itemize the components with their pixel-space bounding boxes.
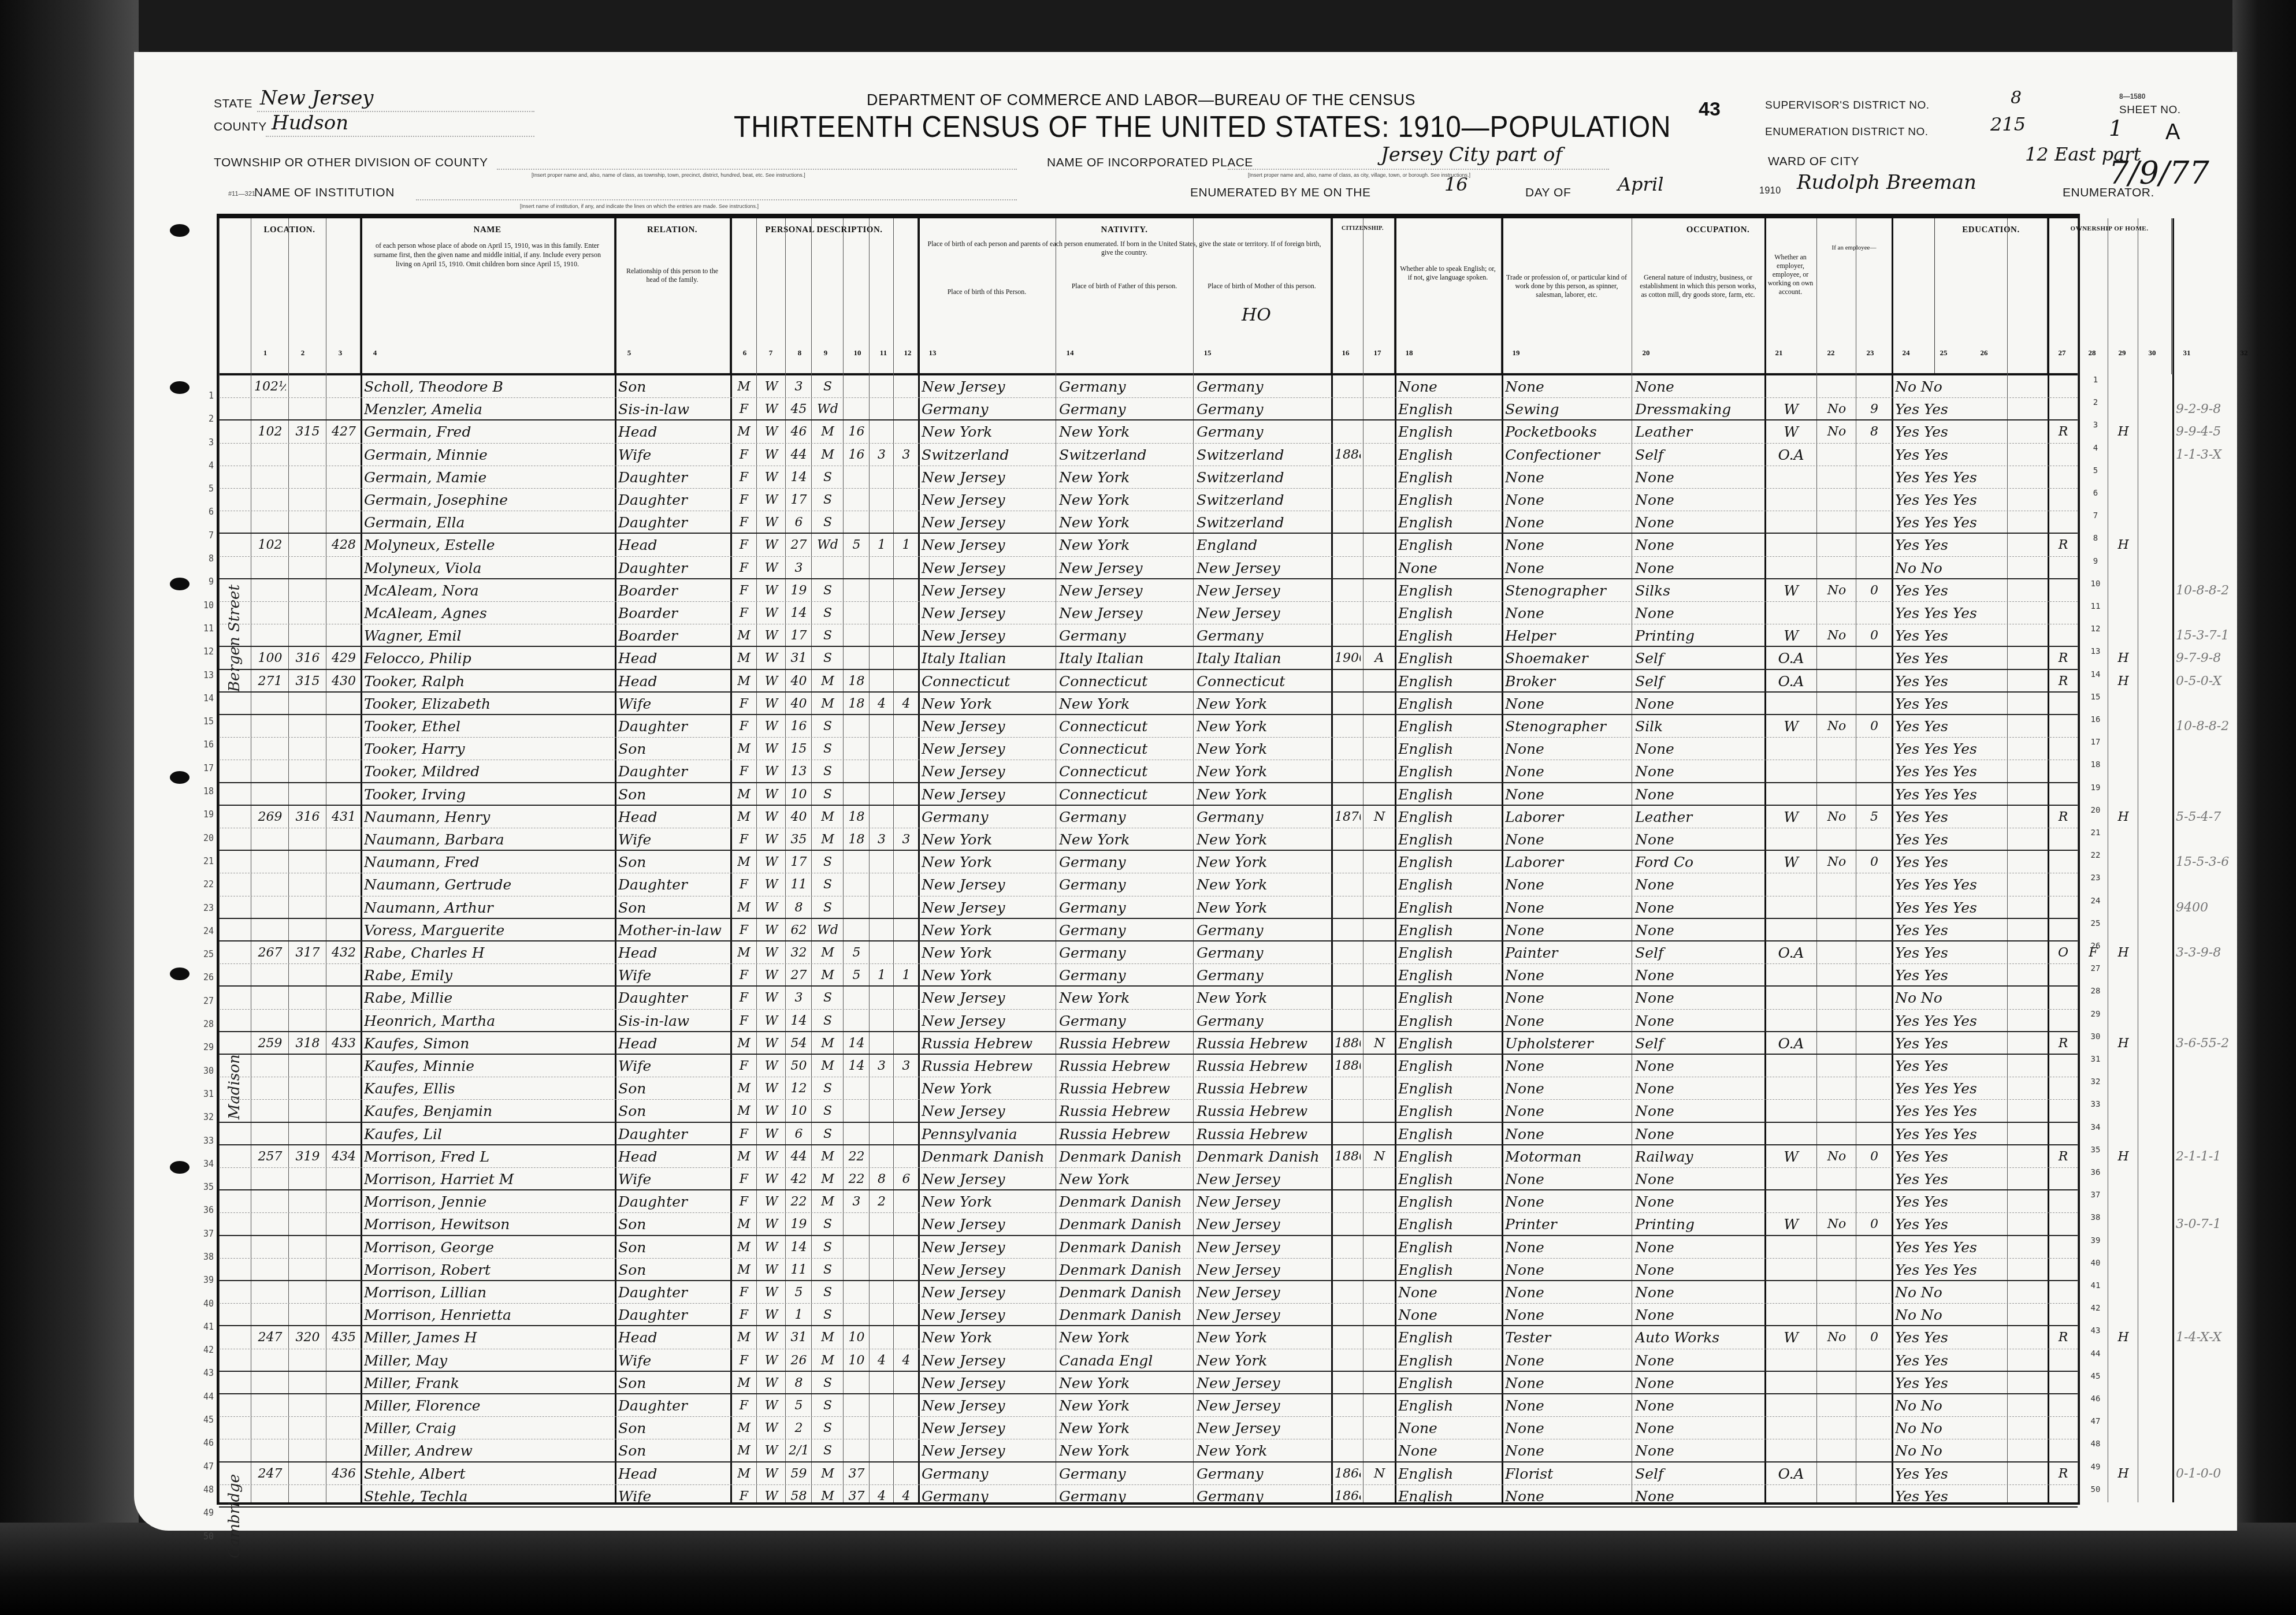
cell-house bbox=[254, 1305, 286, 1326]
cell-born bbox=[872, 1282, 891, 1303]
cell-marital: S bbox=[815, 603, 841, 624]
cell-lang: English bbox=[1398, 1350, 1499, 1371]
cell-age: 8 bbox=[789, 898, 809, 918]
cell-sched bbox=[2141, 535, 2170, 556]
cell-lang: English bbox=[1398, 1192, 1499, 1212]
cell-pob-f: Germany bbox=[1059, 965, 1191, 986]
cell-imm bbox=[1335, 1350, 1361, 1371]
cell-lang: English bbox=[1398, 580, 1499, 601]
cell-pob-f: New York bbox=[1059, 490, 1191, 511]
cell-owned bbox=[2051, 1124, 2075, 1145]
cell-name: Germain, Mamie bbox=[364, 467, 612, 488]
cell-trade: Pocketbooks bbox=[1505, 422, 1629, 442]
cell-dwelling bbox=[292, 1101, 324, 1122]
cell-wks bbox=[1859, 1464, 1889, 1484]
cell-pob: New York bbox=[922, 1078, 1053, 1099]
cell-pob-m: Germany bbox=[1197, 1011, 1329, 1032]
cell-dwelling bbox=[292, 694, 324, 715]
cell-living bbox=[897, 1260, 916, 1281]
cell-marital: S bbox=[815, 490, 841, 511]
cell-name: Felocco, Philip bbox=[364, 648, 612, 669]
table-row: Kaufes, BenjaminSonMW10SNew JerseyRussia… bbox=[219, 1100, 2078, 1122]
sheet-label: SHEET NO. bbox=[2119, 104, 2181, 117]
cell-dwelling: 316 bbox=[292, 807, 324, 828]
cell-oow bbox=[1820, 761, 1853, 782]
cell-pob: New Jersey bbox=[922, 1260, 1053, 1281]
cell-owned bbox=[2051, 603, 2075, 624]
cell-house bbox=[254, 399, 286, 420]
cell-imm bbox=[1335, 1418, 1361, 1439]
column-number: 9 bbox=[811, 348, 840, 358]
cell-pob-m: New York bbox=[1197, 694, 1329, 715]
cell-farm bbox=[2111, 716, 2135, 737]
cell-owned: R bbox=[2051, 1327, 2075, 1348]
cell-age: 2 bbox=[789, 1418, 809, 1439]
cell-born bbox=[872, 1011, 891, 1032]
line-number: 16 bbox=[2087, 715, 2104, 724]
cell-dwelling bbox=[292, 716, 324, 737]
column-rule bbox=[2172, 218, 2174, 1502]
cell-relation: Sis-in-law bbox=[618, 1011, 728, 1032]
cell-pob-m: New Jersey bbox=[1197, 1373, 1329, 1394]
cell-nat bbox=[1366, 943, 1392, 963]
cell-read-write: Yes Yes bbox=[1895, 920, 2005, 941]
cell-age: 17 bbox=[789, 626, 809, 646]
cell-age: 15 bbox=[789, 739, 809, 760]
cell-owned bbox=[2051, 965, 2075, 986]
cell-yrs: 18 bbox=[846, 807, 867, 828]
cell-emp bbox=[1768, 1237, 1814, 1258]
cell-sex: F bbox=[734, 467, 754, 488]
cell-emp bbox=[1768, 965, 1814, 986]
cell-name: Naumann, Fred bbox=[364, 852, 612, 873]
column-number: 5 bbox=[615, 348, 644, 358]
cell-pob: New Jersey bbox=[922, 490, 1053, 511]
cell-relation: Wife bbox=[618, 1169, 728, 1190]
cell-industry: None bbox=[1635, 1486, 1762, 1507]
cell-owned bbox=[2051, 852, 2075, 873]
cell-industry: None bbox=[1635, 377, 1762, 397]
line-number: 25 bbox=[2087, 919, 2104, 928]
cell-oow bbox=[1820, 1056, 1853, 1077]
cell-farm: H bbox=[2111, 671, 2135, 692]
cell-nat bbox=[1366, 1373, 1392, 1394]
cell-relation: Mother-in-law bbox=[618, 920, 728, 941]
cell-family bbox=[329, 988, 358, 1009]
line-number: 10 bbox=[2087, 579, 2104, 589]
cell-nat bbox=[1366, 1056, 1392, 1077]
cell-nat bbox=[1366, 739, 1392, 760]
cell-living: 3 bbox=[897, 1056, 916, 1077]
cell-sched bbox=[2141, 1350, 2170, 1371]
cell-house bbox=[254, 739, 286, 760]
cell-emp bbox=[1768, 829, 1814, 850]
cell-wks bbox=[1859, 1260, 1889, 1281]
cell-wks: 8 bbox=[1859, 422, 1889, 442]
cell-sex: F bbox=[734, 1486, 754, 1507]
cell-nat bbox=[1366, 694, 1392, 715]
cell-race: W bbox=[760, 422, 783, 442]
cell-house: 102 bbox=[254, 535, 286, 556]
cell-pob-f: New York bbox=[1059, 512, 1191, 533]
cell-imm bbox=[1335, 943, 1361, 963]
cell-farm bbox=[2111, 1078, 2135, 1099]
cell-owned bbox=[2051, 829, 2075, 850]
cell-trade: Motorman bbox=[1505, 1147, 1629, 1167]
table-row: Miller, CraigSonMW2SNew JerseyNew YorkNe… bbox=[219, 1417, 2078, 1439]
line-number: 18 bbox=[2087, 760, 2104, 769]
cell-emp bbox=[1768, 1350, 1814, 1371]
cell-house bbox=[254, 1078, 286, 1099]
cell-yrs bbox=[846, 1124, 867, 1145]
cell-farm bbox=[2111, 558, 2135, 579]
cell-codes: 5-5-4-7 bbox=[2176, 807, 2294, 828]
cell-sex: F bbox=[734, 580, 754, 601]
table-row: Kaufes, EllisSonMW12SNew YorkRussia Hebr… bbox=[219, 1077, 2078, 1100]
cell-age: 44 bbox=[789, 445, 809, 466]
cell-pob-m: Russia Hebrew bbox=[1197, 1056, 1329, 1077]
census-title: THIRTEENTH CENSUS OF THE UNITED STATES: … bbox=[734, 110, 1671, 144]
column-rule bbox=[2108, 218, 2108, 1502]
cell-oow bbox=[1820, 1350, 1853, 1371]
cell-race: W bbox=[760, 694, 783, 715]
cell-owned bbox=[2051, 739, 2075, 760]
cell-imm bbox=[1335, 1260, 1361, 1281]
cell-nat bbox=[1366, 1260, 1392, 1281]
cell-pob-m: Germany bbox=[1197, 422, 1329, 442]
cell-house bbox=[254, 1237, 286, 1258]
cell-living bbox=[897, 1418, 916, 1439]
cell-age: 50 bbox=[789, 1056, 809, 1077]
cell-lang: English bbox=[1398, 898, 1499, 918]
cell-marital: M bbox=[815, 694, 841, 715]
cell-born bbox=[872, 1396, 891, 1416]
cell-yrs: 5 bbox=[846, 965, 867, 986]
cell-nat bbox=[1366, 490, 1392, 511]
cell-oow bbox=[1820, 512, 1853, 533]
cell-codes bbox=[2176, 694, 2294, 715]
cell-yrs bbox=[846, 761, 867, 782]
cell-family bbox=[329, 1373, 358, 1394]
cell-yrs bbox=[846, 580, 867, 601]
cell-nat bbox=[1366, 761, 1392, 782]
cell-codes: 10-8-8-2 bbox=[2176, 580, 2294, 601]
cell-trade: None bbox=[1505, 1078, 1629, 1099]
cell-read-write: Yes Yes bbox=[1895, 1350, 2005, 1371]
cell-pob-m: New Jersey bbox=[1197, 1192, 1329, 1212]
cell-race: W bbox=[760, 399, 783, 420]
column-number: 13 bbox=[918, 348, 947, 358]
cell-relation: Son bbox=[618, 1101, 728, 1122]
table-row: Morrison, RobertSonMW11SNew JerseyDenmar… bbox=[219, 1259, 2078, 1281]
cell-marital: S bbox=[815, 1282, 841, 1303]
cell-born bbox=[872, 1327, 891, 1348]
cell-pob-m: Germany bbox=[1197, 1464, 1329, 1484]
cell-race: W bbox=[760, 1169, 783, 1190]
cell-wks bbox=[1859, 1373, 1889, 1394]
cell-relation: Head bbox=[618, 1327, 728, 1348]
cell-born: 1 bbox=[872, 535, 891, 556]
cell-dwelling bbox=[292, 535, 324, 556]
cell-family bbox=[329, 1486, 358, 1507]
cell-farm bbox=[2111, 580, 2135, 601]
census-table: LOCATION. NAME of each person whose plac… bbox=[217, 214, 2080, 1505]
cell-living bbox=[897, 1327, 916, 1348]
cell-name: Menzler, Amelia bbox=[364, 399, 612, 420]
cell-dwelling bbox=[292, 1418, 324, 1439]
line-number: 26 bbox=[2087, 942, 2104, 951]
cell-emp bbox=[1768, 875, 1814, 895]
cell-pob-f: New York bbox=[1059, 467, 1191, 488]
cell-emp: W bbox=[1768, 580, 1814, 601]
cell-wks bbox=[1859, 920, 1889, 941]
cell-living bbox=[897, 512, 916, 533]
cell-name: Miller, James H bbox=[364, 1327, 612, 1348]
cell-emp bbox=[1768, 1373, 1814, 1394]
cell-imm bbox=[1335, 761, 1361, 782]
cell-name: Morrison, Lillian bbox=[364, 1282, 612, 1303]
cell-yrs bbox=[846, 920, 867, 941]
cell-codes bbox=[2176, 920, 2294, 941]
cell-pob-m: New Jersey bbox=[1197, 558, 1329, 579]
cell-dwelling bbox=[292, 1282, 324, 1303]
cell-lang: English bbox=[1398, 490, 1499, 511]
cell-industry: None bbox=[1635, 1124, 1762, 1145]
place-instruction: [Insert proper name and, also, name of c… bbox=[1248, 172, 1470, 178]
cell-house bbox=[254, 512, 286, 533]
cell-family bbox=[329, 512, 358, 533]
cell-read-write: Yes Yes bbox=[1895, 943, 2005, 963]
cell-marital: S bbox=[815, 852, 841, 873]
cell-marital: S bbox=[815, 784, 841, 805]
cell-race: W bbox=[760, 1147, 783, 1167]
cell-wks bbox=[1859, 1441, 1889, 1461]
cell-marital: S bbox=[815, 626, 841, 646]
cell-name: Morrison, Fred L bbox=[364, 1147, 612, 1167]
line-number: 4 bbox=[2087, 444, 2104, 453]
cell-dwelling bbox=[292, 1192, 324, 1212]
cell-house bbox=[254, 1350, 286, 1371]
cell-nat bbox=[1366, 445, 1392, 466]
cell-pob-m: Russia Hebrew bbox=[1197, 1124, 1329, 1145]
cell-read-write: Yes Yes Yes bbox=[1895, 490, 2005, 511]
cell-read-write: Yes Yes Yes bbox=[1895, 1237, 2005, 1258]
cell-lang: English bbox=[1398, 1464, 1499, 1484]
cell-sex: F bbox=[734, 1124, 754, 1145]
cell-living bbox=[897, 490, 916, 511]
cell-age: 27 bbox=[789, 965, 809, 986]
table-row: 257319434Morrison, Fred LHeadMW44M22Denm… bbox=[219, 1145, 2078, 1168]
cell-nat: N bbox=[1366, 807, 1392, 828]
cell-pob: New Jersey bbox=[922, 1237, 1053, 1258]
cell-yrs: 22 bbox=[846, 1169, 867, 1190]
cell-dwelling bbox=[292, 829, 324, 850]
cell-marital: M bbox=[815, 807, 841, 828]
cell-relation: Wife bbox=[618, 965, 728, 986]
cell-race: W bbox=[760, 1373, 783, 1394]
cell-sex: F bbox=[734, 875, 754, 895]
cell-name: Kaufes, Minnie bbox=[364, 1056, 612, 1077]
cell-imm bbox=[1335, 852, 1361, 873]
cell-oow bbox=[1820, 1441, 1853, 1461]
cell-lang: English bbox=[1398, 422, 1499, 442]
cell-family bbox=[329, 1169, 358, 1190]
cell-born bbox=[872, 761, 891, 782]
cell-born bbox=[872, 943, 891, 963]
cell-farm bbox=[2111, 626, 2135, 646]
cell-oow bbox=[1820, 1124, 1853, 1145]
cell-owned bbox=[2051, 377, 2075, 397]
cell-read-write: Yes Yes bbox=[1895, 1373, 2005, 1394]
cell-owned bbox=[2051, 626, 2075, 646]
cell-age: 31 bbox=[789, 648, 809, 669]
cell-living: 1 bbox=[897, 535, 916, 556]
cell-emp: W bbox=[1768, 399, 1814, 420]
cell-owned bbox=[2051, 1350, 2075, 1371]
cell-dwelling bbox=[292, 898, 324, 918]
cell-pob-f: New York bbox=[1059, 829, 1191, 850]
cell-farm bbox=[2111, 1350, 2135, 1371]
cell-imm bbox=[1335, 512, 1361, 533]
cell-sex: M bbox=[734, 422, 754, 442]
cell-industry: None bbox=[1635, 875, 1762, 895]
cell-nat bbox=[1366, 467, 1392, 488]
cell-sex: F bbox=[734, 694, 754, 715]
cell-lang: English bbox=[1398, 988, 1499, 1009]
cell-pob-m: Connecticut bbox=[1197, 671, 1329, 692]
incorporated-place-label: NAME OF INCORPORATED PLACE bbox=[1047, 156, 1253, 170]
cell-sex: M bbox=[734, 671, 754, 692]
cell-wks bbox=[1859, 694, 1889, 715]
state-value: New Jersey bbox=[260, 87, 374, 110]
cell-owned: R bbox=[2051, 1147, 2075, 1167]
line-number: 27 bbox=[2087, 964, 2104, 973]
cell-born bbox=[872, 558, 891, 579]
cell-oow bbox=[1820, 1033, 1853, 1054]
cell-emp: O.A bbox=[1768, 1464, 1814, 1484]
cell-yrs bbox=[846, 988, 867, 1009]
column-rule bbox=[2138, 218, 2138, 1502]
cell-nat bbox=[1366, 1486, 1392, 1507]
cell-wks bbox=[1859, 784, 1889, 805]
line-number: 34 bbox=[2087, 1123, 2104, 1132]
cell-living bbox=[897, 1282, 916, 1303]
cell-marital: M bbox=[815, 943, 841, 963]
cell-dwelling: 317 bbox=[292, 943, 324, 963]
cell-yrs: 18 bbox=[846, 694, 867, 715]
cell-sched bbox=[2141, 1260, 2170, 1281]
cell-pob: New Jersey bbox=[922, 1441, 1053, 1461]
cell-oow bbox=[1820, 648, 1853, 669]
cell-house bbox=[254, 626, 286, 646]
cell-pob-f: Russia Hebrew bbox=[1059, 1124, 1191, 1145]
cell-emp bbox=[1768, 1078, 1814, 1099]
cell-relation: Daughter bbox=[618, 1396, 728, 1416]
cell-race: W bbox=[760, 558, 783, 579]
cell-dwelling bbox=[292, 580, 324, 601]
cell-yrs bbox=[846, 1418, 867, 1439]
cell-living: 3 bbox=[897, 829, 916, 850]
cell-living bbox=[897, 852, 916, 873]
cell-race: W bbox=[760, 603, 783, 624]
table-row: Naumann, BarbaraWifeFW35M1833New YorkNew… bbox=[219, 828, 2078, 851]
cell-pob-f: Germany bbox=[1059, 399, 1191, 420]
cell-wks: 0 bbox=[1859, 580, 1889, 601]
cell-wks bbox=[1859, 829, 1889, 850]
cell-marital: S bbox=[815, 1260, 841, 1281]
cell-owned: R bbox=[2051, 671, 2075, 692]
cell-trade: Laborer bbox=[1505, 807, 1629, 828]
cell-race: W bbox=[760, 898, 783, 918]
cell-pob-m: New Jersey bbox=[1197, 1305, 1329, 1326]
cell-sex: M bbox=[734, 943, 754, 963]
cell-sex: F bbox=[734, 512, 754, 533]
cell-sex: M bbox=[734, 1033, 754, 1054]
cell-dwelling: 320 bbox=[292, 1327, 324, 1348]
cell-age: 14 bbox=[789, 1011, 809, 1032]
cell-relation: Daughter bbox=[618, 761, 728, 782]
cell-owned: R bbox=[2051, 422, 2075, 442]
cell-codes bbox=[2176, 512, 2294, 533]
cell-wks bbox=[1859, 490, 1889, 511]
street-name: Cambridge bbox=[226, 1474, 243, 1558]
cell-pob: New Jersey bbox=[922, 761, 1053, 782]
header-name: NAME of each person whose place of abode… bbox=[361, 218, 615, 374]
cell-farm bbox=[2111, 399, 2135, 420]
cell-imm bbox=[1335, 422, 1361, 442]
cell-relation: Daughter bbox=[618, 1282, 728, 1303]
cell-family bbox=[329, 920, 358, 941]
cell-industry: Printing bbox=[1635, 1214, 1762, 1235]
cell-marital: S bbox=[815, 1237, 841, 1258]
cell-pob-f: Russia Hebrew bbox=[1059, 1101, 1191, 1122]
cell-age: 42 bbox=[789, 1169, 809, 1190]
cell-wks: 0 bbox=[1859, 626, 1889, 646]
cell-relation: Son bbox=[618, 898, 728, 918]
cell-lang: None bbox=[1398, 377, 1499, 397]
cell-emp bbox=[1768, 512, 1814, 533]
cell-marital: M bbox=[815, 1327, 841, 1348]
cell-read-write: Yes Yes bbox=[1895, 671, 2005, 692]
cell-nat bbox=[1366, 512, 1392, 533]
cell-house bbox=[254, 920, 286, 941]
cell-pob-m: New York bbox=[1197, 898, 1329, 918]
cell-emp bbox=[1768, 558, 1814, 579]
cell-oow bbox=[1820, 558, 1853, 579]
cell-industry: Dressmaking bbox=[1635, 399, 1762, 420]
cell-race: W bbox=[760, 875, 783, 895]
cell-name: Miller, Frank bbox=[364, 1373, 612, 1394]
cell-emp bbox=[1768, 988, 1814, 1009]
cell-born: 3 bbox=[872, 829, 891, 850]
cell-pob-m: Denmark Danish bbox=[1197, 1147, 1329, 1167]
cell-owned bbox=[2051, 1011, 2075, 1032]
cell-emp: O.A bbox=[1768, 943, 1814, 963]
cell-oow: No bbox=[1820, 852, 1853, 873]
cell-farm bbox=[2111, 875, 2135, 895]
cell-born bbox=[872, 512, 891, 533]
cell-name: Morrison, Jennie bbox=[364, 1192, 612, 1212]
cell-nat bbox=[1366, 898, 1392, 918]
cell-family: 433 bbox=[329, 1033, 358, 1054]
enumerated-label: ENUMERATED BY ME ON THE bbox=[1190, 186, 1371, 200]
cell-imm bbox=[1335, 603, 1361, 624]
cell-trade: Helper bbox=[1505, 626, 1629, 646]
cell-pob: Pennsylvania bbox=[922, 1124, 1053, 1145]
cell-pob-f: Germany bbox=[1059, 852, 1191, 873]
cell-dwelling bbox=[292, 467, 324, 488]
cell-lang: None bbox=[1398, 1305, 1499, 1326]
